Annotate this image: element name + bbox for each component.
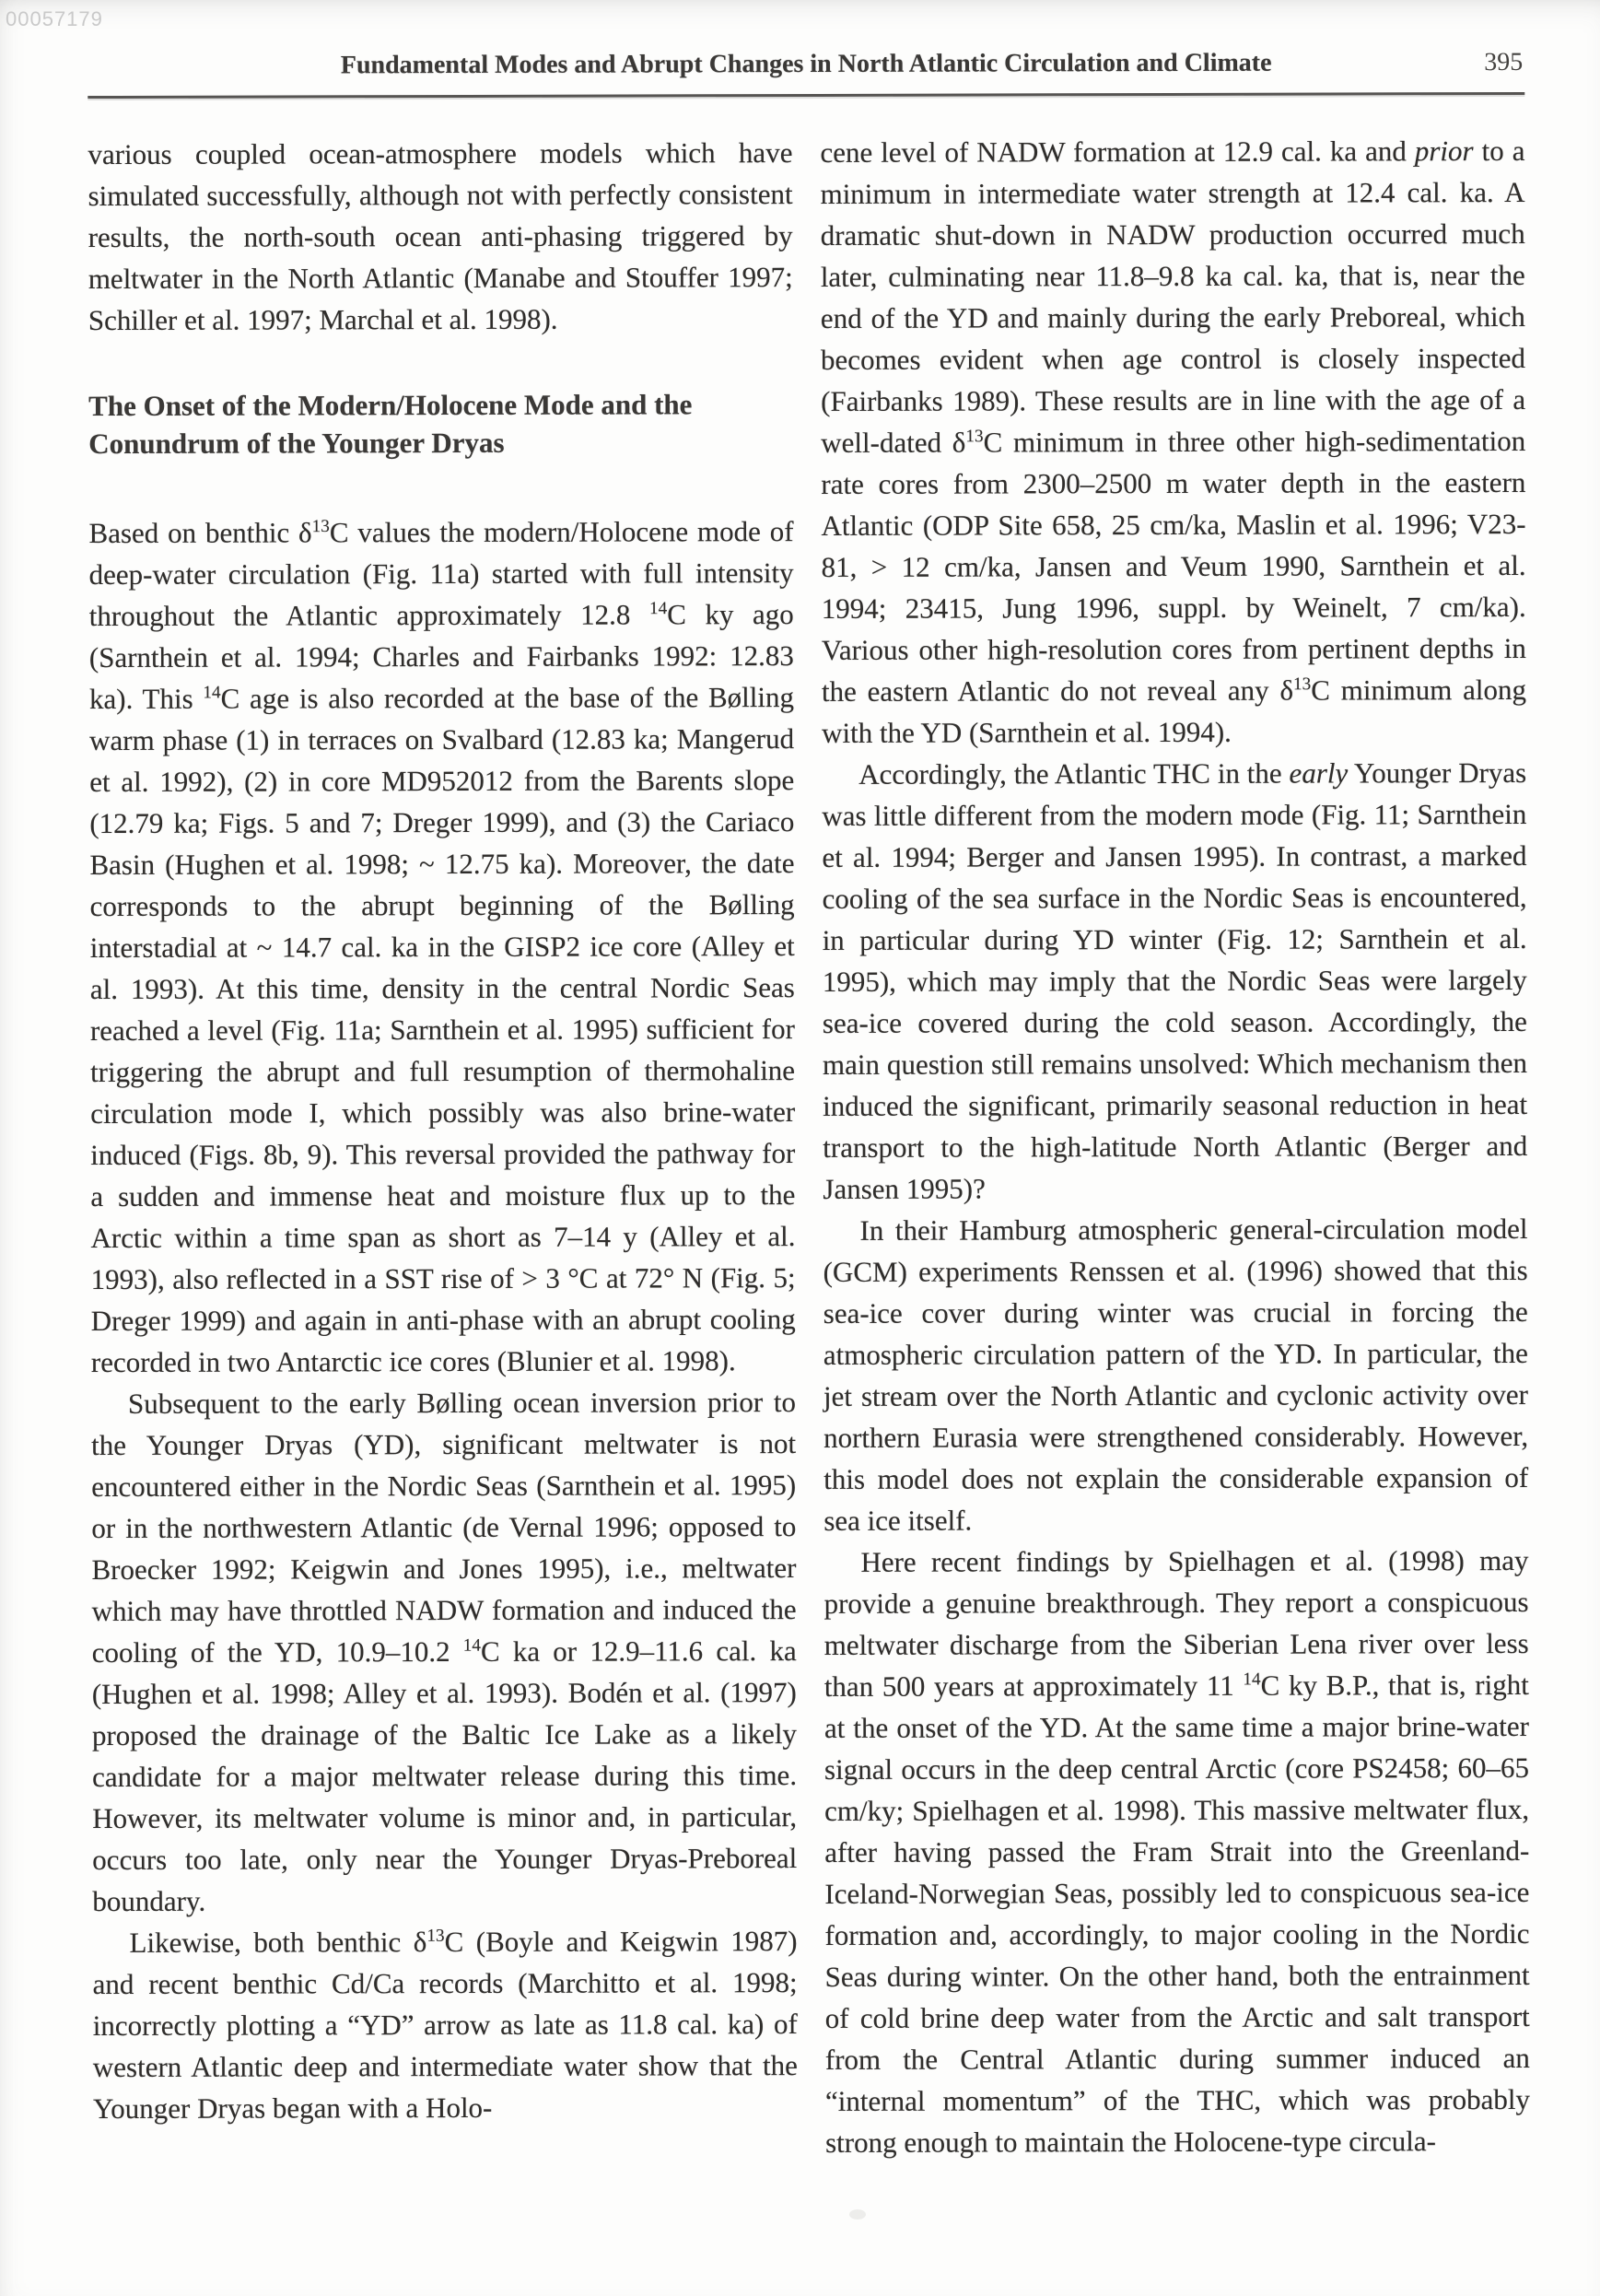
- paragraph: cene level of NADW formation at 12.9 cal…: [820, 130, 1526, 754]
- left-column: various coupled ocean-atmosphere models …: [88, 132, 798, 2165]
- paragraph: Likewise, both benthic δ13C (Boyle and K…: [92, 1920, 798, 2129]
- running-head-title: Fundamental Modes and Abrupt Changes in …: [341, 49, 1272, 80]
- header-rule: [88, 92, 1524, 99]
- running-head: Fundamental Modes and Abrupt Changes in …: [88, 46, 1524, 87]
- paragraph: Subsequent to the early Bølling ocean in…: [91, 1381, 798, 1922]
- paragraph: Accordingly, the Atlantic THC in the ear…: [822, 752, 1527, 1210]
- right-column: cene level of NADW formation at 12.9 cal…: [820, 130, 1530, 2163]
- paragraph: In their Hamburg atmospheric general-cir…: [823, 1208, 1528, 1541]
- paragraph: Based on benthic δ13C values the modern/…: [88, 510, 795, 1383]
- page-number: 395: [1484, 46, 1523, 79]
- scanned-page: 00057179 Fundamental Modes and Abrupt Ch…: [0, 0, 1600, 2296]
- paragraph: various coupled ocean-atmosphere models …: [88, 132, 793, 341]
- text-columns: various coupled ocean-atmosphere models …: [88, 130, 1530, 2165]
- page-content: Fundamental Modes and Abrupt Changes in …: [88, 0, 1530, 2165]
- section-heading: The Onset of the Modern/Holocene Mode an…: [88, 385, 793, 463]
- paragraph: Here recent findings by Spielhagen et al…: [823, 1540, 1530, 2163]
- scan-speck: [849, 2209, 866, 2220]
